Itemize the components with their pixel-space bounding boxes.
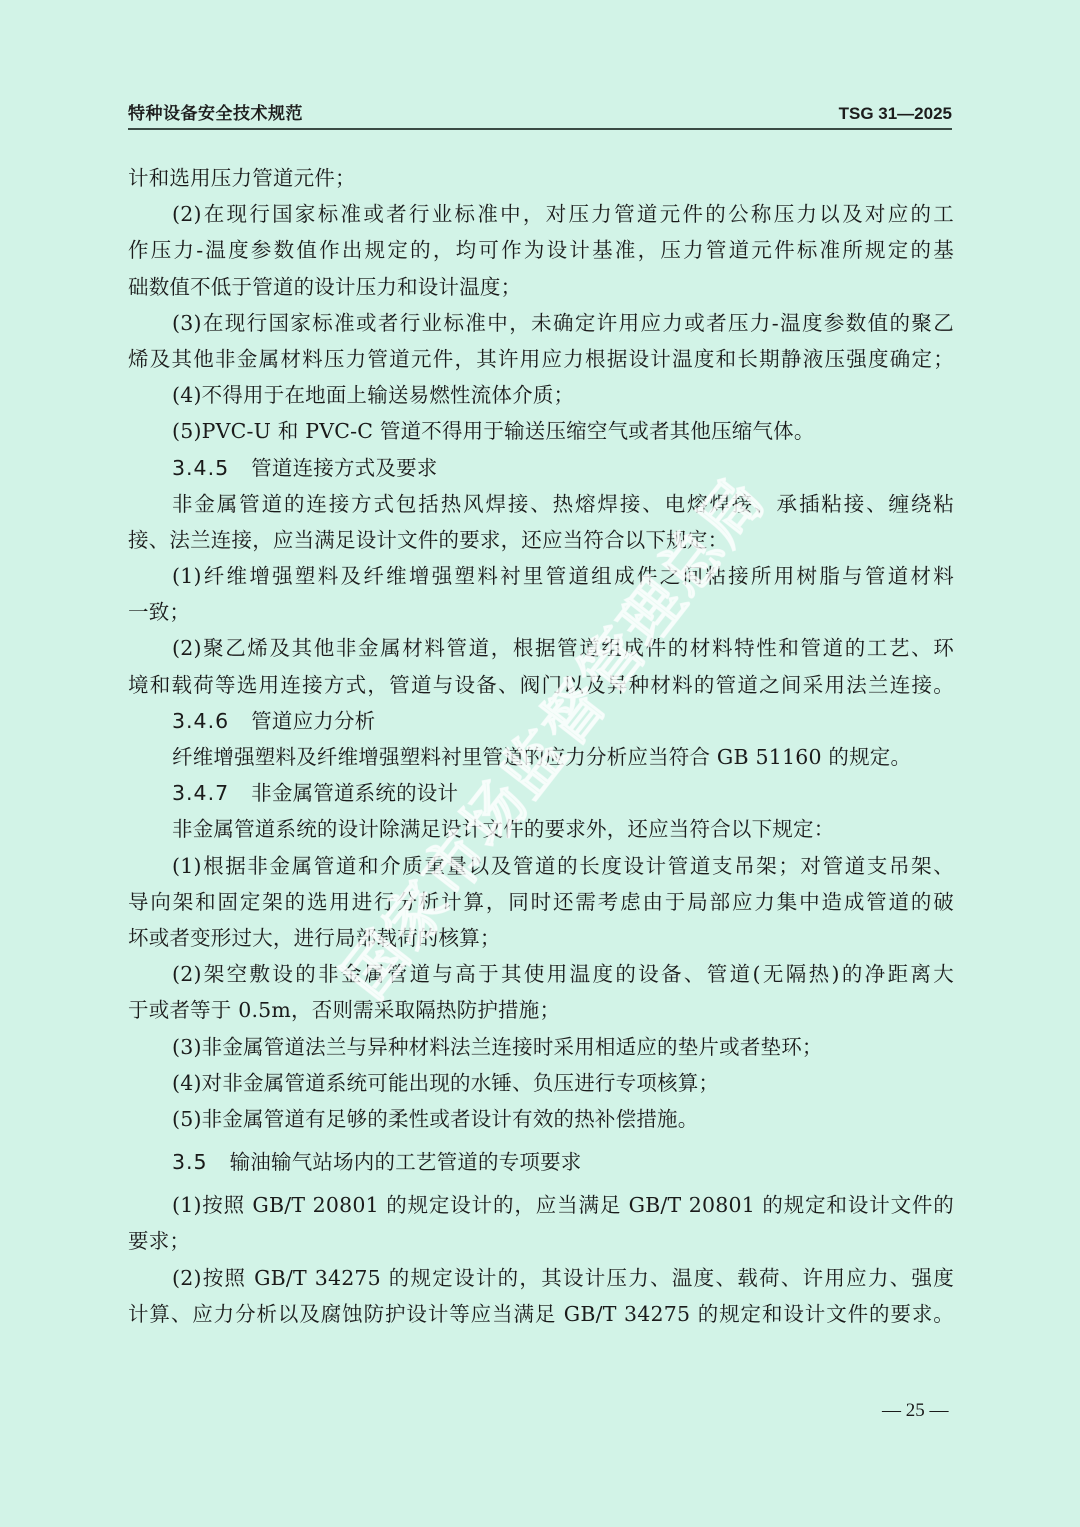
- paragraph-line: 础数值不低于管道的设计压力和设计温度；: [128, 269, 954, 305]
- paragraph-line: 一致；: [128, 594, 954, 630]
- paragraph-first-line: (1)按照 GB/T 20801 的规定设计的，应当满足 GB/T 20801 …: [128, 1187, 954, 1223]
- section-heading: 3.4.5管道连接方式及要求: [128, 450, 954, 486]
- paragraph-line: 计算、应力分析以及腐蚀防护设计等应当满足 GB/T 34275 的规定和设计文件…: [128, 1296, 954, 1332]
- paragraph-first-line: (2)在现行国家标准或者行业标准中，对压力管道元件的公称压力以及对应的工: [128, 196, 954, 232]
- section-heading: 3.4.7非金属管道系统的设计: [128, 775, 954, 811]
- paragraph-first-line: (5)非金属管道有足够的柔性或者设计有效的热补偿措施。: [128, 1101, 954, 1137]
- paragraph-first-line: (3)非金属管道法兰与异种材料法兰连接时采用相适应的垫片或者垫环；: [128, 1029, 954, 1065]
- paragraph-first-line: (4)不得用于在地面上输送易燃性流体介质；: [128, 377, 954, 413]
- section-title: 输油输气站场内的工艺管道的专项要求: [230, 1150, 582, 1174]
- paragraph-line: 境和载荷等选用连接方式，管道与设备、阀门以及异种材料的管道之间采用法兰连接。: [128, 667, 954, 703]
- section-number: 3.5: [172, 1150, 208, 1174]
- paragraph-line: 烯及其他非金属材料压力管道元件，其许用应力根据设计温度和长期静液压强度确定；: [128, 341, 954, 377]
- header-standard-code: TSG 31—2025: [839, 102, 952, 126]
- paragraph-line: 接、法兰连接，应当满足设计文件的要求，还应当符合以下规定：: [128, 522, 954, 558]
- paragraph-first-line: (2)按照 GB/T 34275 的规定设计的，其设计压力、温度、载荷、许用应力…: [128, 1260, 954, 1296]
- paragraph-first-line: (1)根据非金属管道和介质重量以及管道的长度设计管道支吊架；对管道支吊架、: [128, 848, 954, 884]
- document-page: 特种设备安全技术规范 TSG 31—2025 计和选用压力管道元件；(2)在现行…: [0, 0, 1080, 1527]
- header-title: 特种设备安全技术规范: [128, 102, 303, 126]
- paragraph-line: 要求；: [128, 1223, 954, 1259]
- section-heading: 3.5输油输气站场内的工艺管道的专项要求: [128, 1144, 954, 1180]
- paragraph-first-line: (2)聚乙烯及其他非金属材料管道，根据管道组成件的材料特性和管道的工艺、环: [128, 630, 954, 666]
- section-gap: [128, 1137, 954, 1144]
- section-number: 3.4.5: [172, 456, 229, 480]
- paragraph-line: 于或者等于 0.5m，否则需采取隔热防护措施；: [128, 992, 954, 1028]
- section-title: 管道连接方式及要求: [251, 456, 437, 480]
- paragraph-first-line: 非金属管道系统的设计除满足设计文件的要求外，还应当符合以下规定：: [128, 811, 954, 847]
- paragraph-first-line: (5)PVC-U 和 PVC-C 管道不得用于输送压缩空气或者其他压缩气体。: [128, 413, 954, 449]
- section-title: 管道应力分析: [251, 709, 375, 733]
- section-title: 非金属管道系统的设计: [251, 781, 458, 805]
- paragraph-first-line: (3)在现行国家标准或者行业标准中，未确定许用应力或者压力-温度参数值的聚乙: [128, 305, 954, 341]
- paragraph-line: 计和选用压力管道元件；: [128, 160, 954, 196]
- page-number: — 25 —: [882, 1400, 949, 1422]
- paragraph-first-line: (1)纤维增强塑料及纤维增强塑料衬里管道组成件之间粘接所用树脂与管道材料: [128, 558, 954, 594]
- body-text: 计和选用压力管道元件；(2)在现行国家标准或者行业标准中，对压力管道元件的公称压…: [128, 160, 954, 1332]
- section-heading: 3.4.6管道应力分析: [128, 703, 954, 739]
- section-number: 3.4.6: [172, 709, 229, 733]
- paragraph-line: 导向架和固定架的选用进行分析计算，同时还需考虑由于局部应力集中造成管道的破: [128, 884, 954, 920]
- running-header: 特种设备安全技术规范 TSG 31—2025: [128, 100, 952, 130]
- section-gap: [128, 1180, 954, 1187]
- paragraph-line: 坏或者变形过大，进行局部载荷的核算；: [128, 920, 954, 956]
- paragraph-first-line: (4)对非金属管道系统可能出现的水锤、负压进行专项核算；: [128, 1065, 954, 1101]
- paragraph-first-line: 纤维增强塑料及纤维增强塑料衬里管道的应力分析应当符合 GB 51160 的规定。: [128, 739, 954, 775]
- section-number: 3.4.7: [172, 781, 229, 805]
- paragraph-first-line: 非金属管道的连接方式包括热风焊接、热熔焊接、电熔焊接、承插粘接、缠绕粘: [128, 486, 954, 522]
- paragraph-first-line: (2)架空敷设的非金属管道与高于其使用温度的设备、管道(无隔热)的净距离大: [128, 956, 954, 992]
- paragraph-line: 作压力-温度参数值作出规定的，均可作为设计基准，压力管道元件标准所规定的基: [128, 232, 954, 268]
